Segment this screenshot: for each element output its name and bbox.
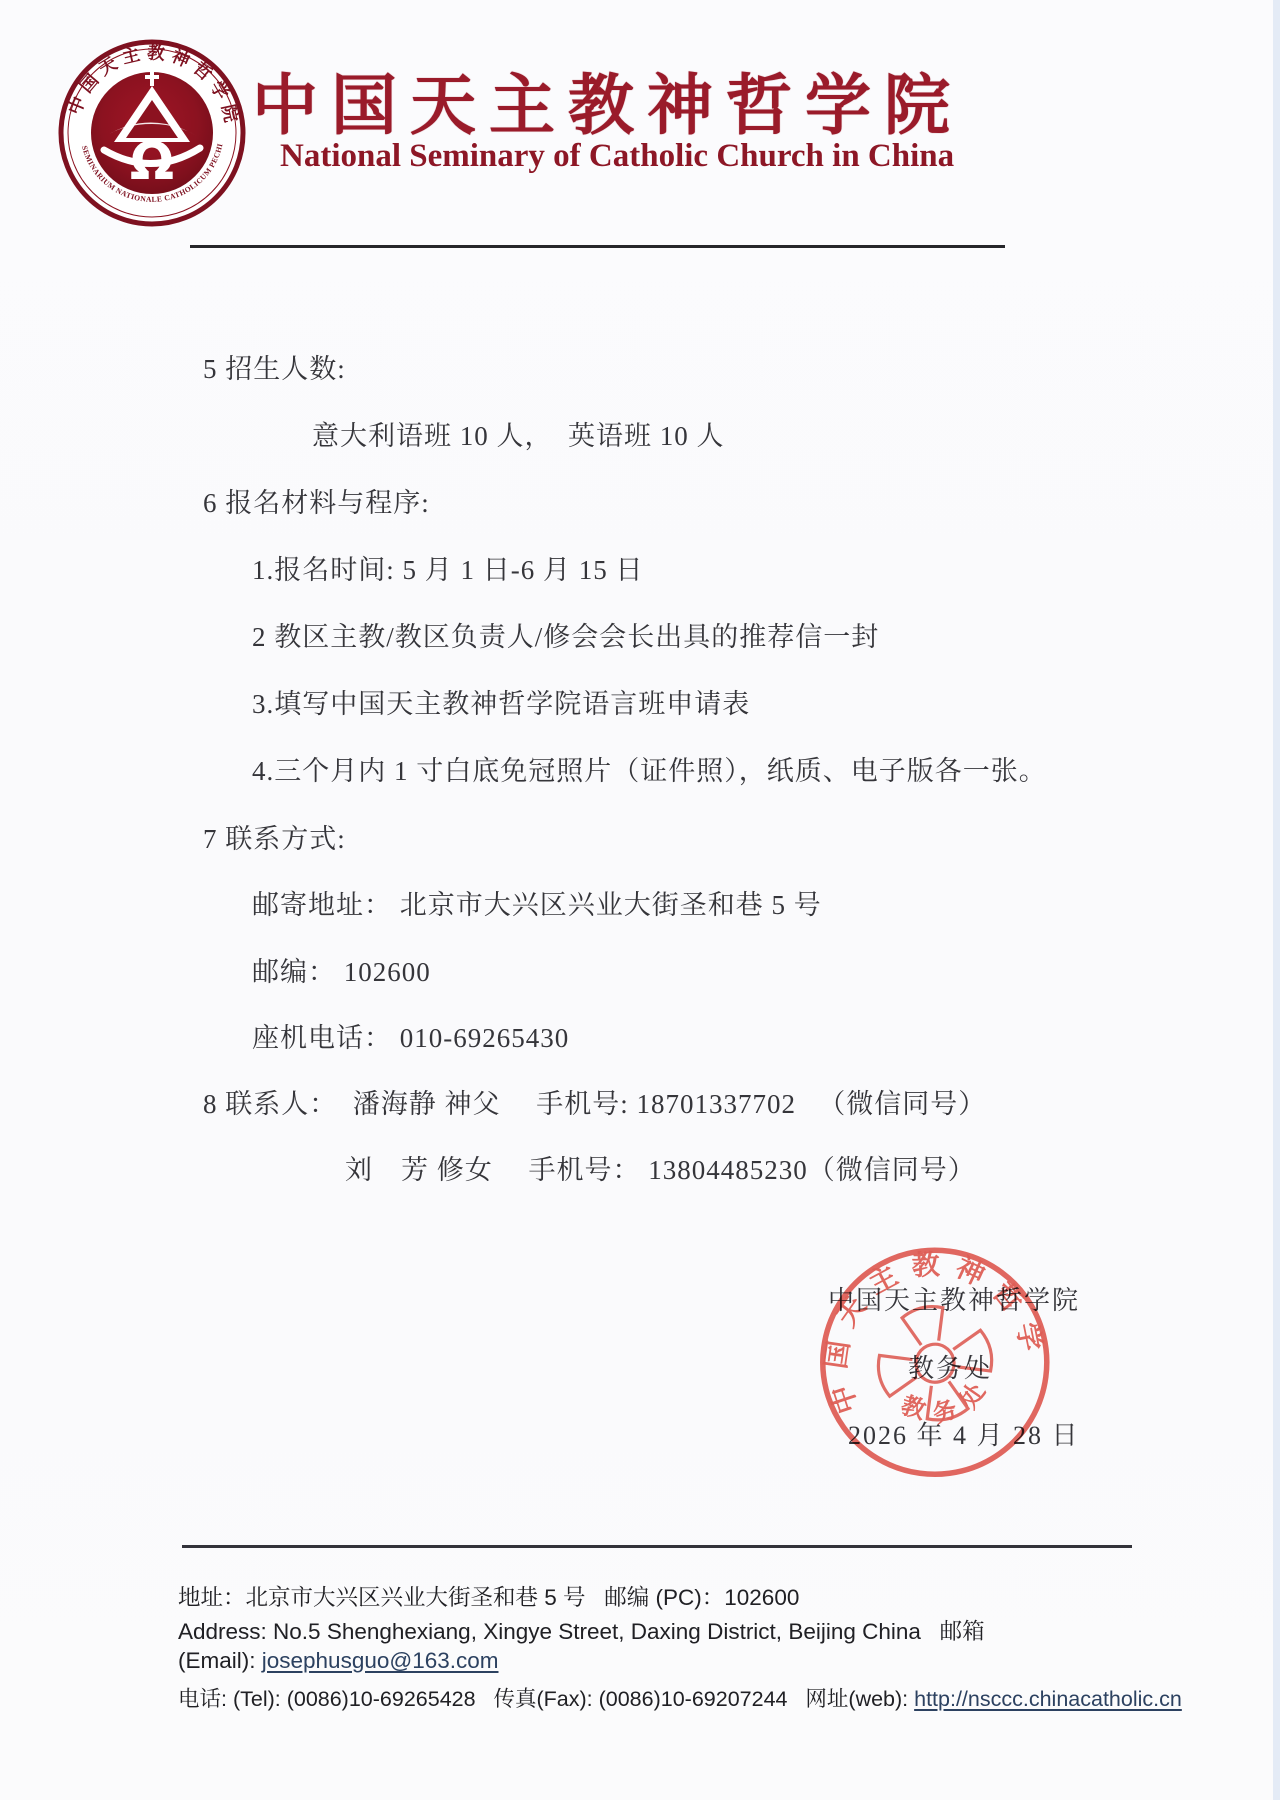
paragraph-contact-person-2: 刘 芳 修女 手机号： 13804485230（微信同号） — [345, 1153, 976, 1187]
footer-phone-line: 电话: (Tel): (0086)10-69265428 传真(Fax): (0… — [178, 1682, 1182, 1713]
section-heading-enrollment: 5 招生人数: — [203, 352, 346, 386]
paragraph-landline: 座机电话： 010-69265430 — [252, 1021, 569, 1055]
footer-address-zh: 地址：北京市大兴区兴业大街圣和巷 5 号 邮编 (PC)：102600 — [178, 1580, 799, 1612]
paragraph-deadline: 1.报名时间: 5 月 1 日-6 月 15 日 — [252, 553, 644, 587]
footer-email-label: (Email): — [178, 1648, 262, 1673]
svg-text:中国天主教神哲学院: 中国天主教神哲学院 — [777, 1204, 1052, 1427]
paragraph-class-sizes: 意大利语班 10 人， 英语班 10 人 — [312, 419, 725, 453]
page-subtitle: National Seminary of Catholic Church in … — [280, 138, 980, 175]
footer-email-link[interactable]: josephusguo@163.com — [262, 1648, 499, 1673]
scan-artifact-right-edge — [1273, 0, 1280, 1810]
footer-website-link[interactable]: http://nsccc.chinacatholic.cn — [914, 1687, 1182, 1711]
footer-divider — [182, 1545, 1132, 1548]
header-divider — [190, 245, 1005, 248]
paragraph-mail-address: 邮寄地址： 北京市大兴区兴业大街圣和巷 5 号 — [252, 888, 822, 922]
svg-text:教务处: 教务处 — [891, 1364, 1006, 1438]
footer-email-line: (Email): josephusguo@163.com — [178, 1648, 499, 1674]
document-page: 中国天主教神哲学院 SEMINARIUM NATIONALE CATHOLICU… — [0, 0, 1280, 1810]
scan-artifact-bottom-edge — [0, 1800, 1280, 1810]
official-red-stamp: 中国天主教神哲学院 教务处 — [777, 1204, 1095, 1522]
stamp-ring-text: 中国天主教神哲学院 — [777, 1204, 1052, 1427]
paragraph-photo-requirement: 4.三个月内 1 寸白底免冠照片（证件照），纸质、电子版各一张。 — [252, 754, 1047, 788]
page-title: 中国天主教神哲学院 — [252, 52, 1012, 147]
paragraph-contact-person-1: 8 联系人： 潘海静 神父 手机号: 18701337702 （微信同号） — [203, 1087, 986, 1121]
section-heading-materials: 6 报名材料与程序: — [203, 486, 430, 520]
paragraph-postcode: 邮编： 102600 — [252, 955, 431, 989]
footer-phone-fax-label: 电话: (Tel): (0086)10-69265428 传真(Fax): (0… — [178, 1687, 914, 1711]
seminary-seal-logo: 中国天主教神哲学院 SEMINARIUM NATIONALE CATHOLICU… — [57, 38, 247, 228]
footer-address-en: Address: No.5 Shenghexiang, Xingye Stree… — [178, 1614, 985, 1646]
section-heading-contact: 7 联系方式: — [203, 822, 346, 856]
paragraph-application-form: 3.填写中国天主教神哲学院语言班申请表 — [252, 687, 750, 721]
stamp-bottom-text: 教务处 — [891, 1364, 1006, 1438]
paragraph-recommendation: 2 教区主教/教区负责人/修会会长出具的推荐信一封 — [252, 620, 879, 654]
